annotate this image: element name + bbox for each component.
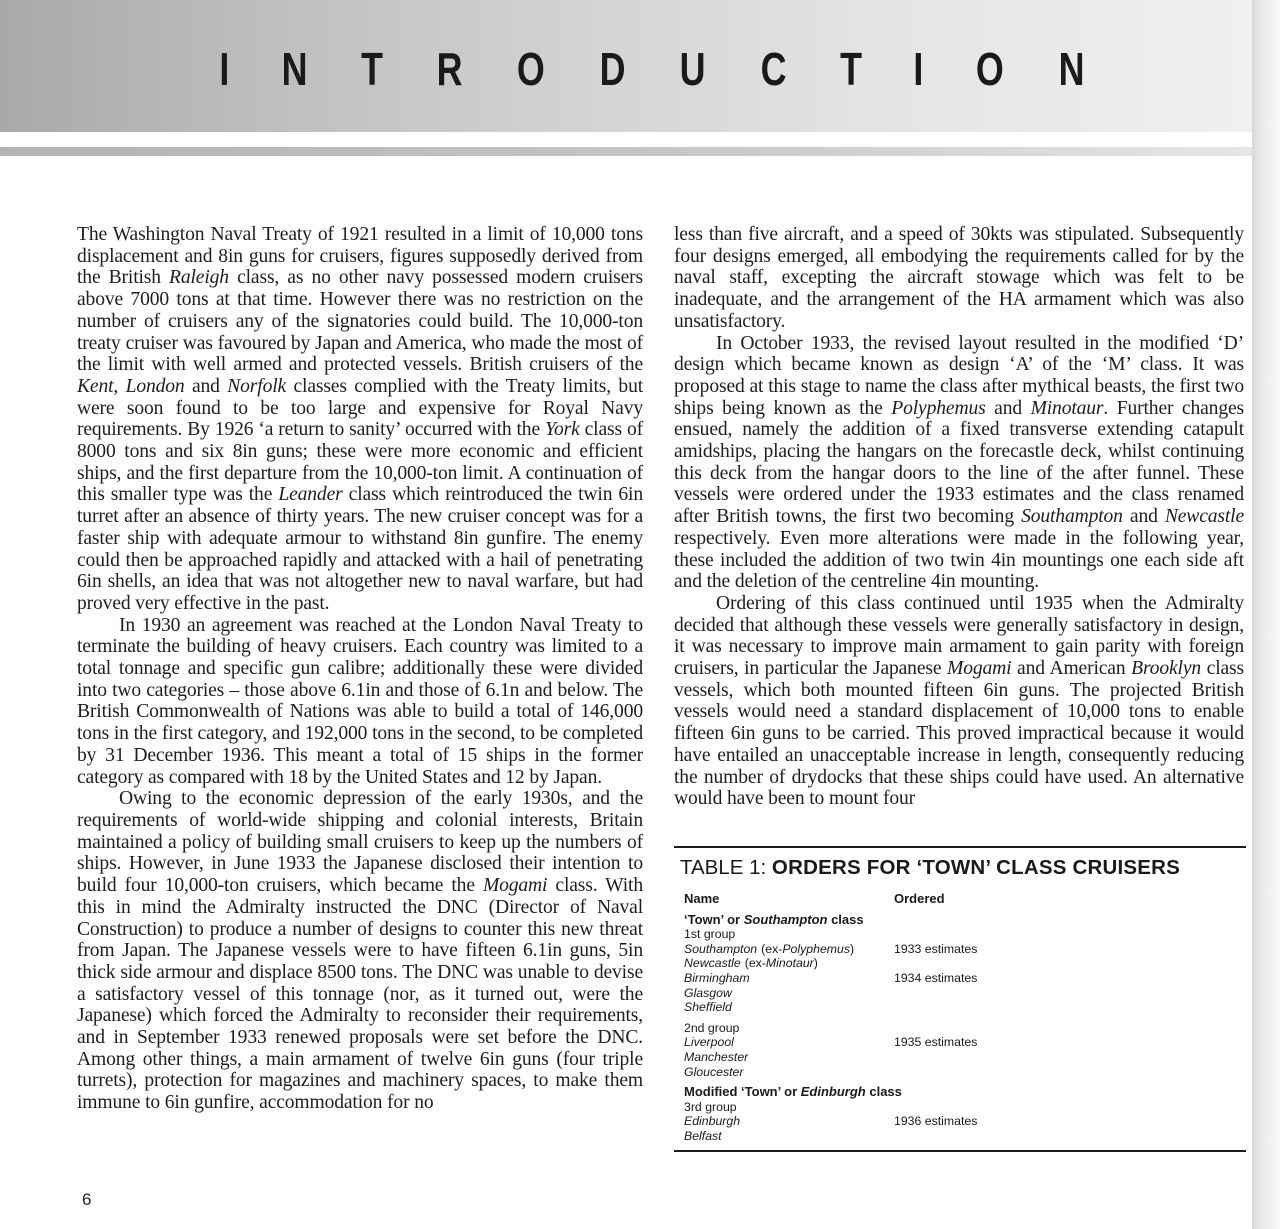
title-letter: N	[281, 46, 307, 92]
table-row: Newcastle(ex-Minotaur)	[684, 956, 1246, 971]
italic-ship-name: Raleigh	[169, 267, 229, 288]
ordered-value: 1933 estimates	[894, 942, 977, 957]
table-title-prefix: TABLE 1:	[680, 856, 772, 879]
title-letter: R	[437, 46, 463, 92]
italic-ship-name: Mogami	[947, 658, 1011, 679]
table-row: Edinburgh1936 estimates	[684, 1114, 1246, 1129]
italic-ship-name: Newcastle	[1165, 506, 1244, 527]
ship-name: Manchester	[684, 1050, 894, 1065]
italic-ship-name: Minotaur	[1031, 398, 1104, 419]
ship-name: Southampton(ex-Polyphemus)	[684, 942, 894, 957]
ordered-value: 1934 estimates	[894, 971, 977, 986]
ordered-value: 1936 estimates	[894, 1114, 977, 1129]
table-row: Southampton(ex-Polyphemus)1933 estimates	[684, 942, 1246, 957]
title-letter: N	[1058, 46, 1084, 92]
table-row: Birmingham1934 estimates	[684, 971, 1246, 986]
title-letter: I	[913, 46, 923, 92]
title-letter: T	[840, 46, 862, 92]
orders-table: TABLE 1: ORDERS FOR ‘TOWN’ CLASS CRUISER…	[674, 846, 1246, 1152]
text-run: class vessels, which both mounted fiftee…	[674, 658, 1244, 809]
title-letter: O	[517, 46, 545, 92]
table-row: Manchester	[684, 1050, 1246, 1065]
table-body: Name Ordered ‘Town’ or Southampton class…	[684, 892, 1246, 1144]
text-run: and	[185, 376, 228, 397]
italic-ship-name: Brooklyn	[1131, 658, 1201, 679]
table-header-row: Name Ordered	[684, 892, 1246, 907]
right-paragraph: less than five aircraft, and a speed of …	[674, 224, 1244, 333]
page-gutter-edge	[1252, 0, 1280, 1229]
title-letter: D	[600, 46, 626, 92]
italic-ship-name: York	[545, 419, 580, 440]
class-heading: Modified ‘Town’ or Edinburgh class	[684, 1085, 1246, 1100]
text-run: respectively. Even more alterations were…	[674, 528, 1244, 592]
former-name: (ex-Polyphemus)	[761, 942, 854, 956]
table-row: Belfast	[684, 1129, 1246, 1144]
left-paragraph: Owing to the economic depression of the …	[77, 788, 643, 1114]
italic-ship-name: Kent	[77, 376, 113, 397]
text-run: ,	[113, 376, 125, 397]
right-text-column: less than five aircraft, and a speed of …	[674, 224, 1244, 810]
title-letter: C	[760, 46, 786, 92]
table-row: Gloucester	[684, 1065, 1246, 1080]
left-paragraph: In 1930 an agreement was reached at the …	[77, 615, 643, 789]
italic-ship-name: Southampton	[1021, 506, 1123, 527]
italic-ship-name: Leander	[278, 484, 342, 505]
page-number: 6	[82, 1190, 91, 1210]
ship-name: Belfast	[684, 1129, 894, 1144]
table-row: Glasgow	[684, 986, 1246, 1001]
text-run: less than five aircraft, and a speed of …	[674, 224, 1244, 332]
title-letter: T	[361, 46, 383, 92]
title-letter: U	[680, 46, 706, 92]
title-letter: I	[219, 46, 229, 92]
table-row: Liverpool1935 estimates	[684, 1035, 1246, 1050]
class-heading: ‘Town’ or Southampton class	[684, 913, 1246, 928]
ordered-value: 1935 estimates	[894, 1035, 977, 1050]
right-paragraph: Ordering of this class continued until 1…	[674, 593, 1244, 810]
italic-ship-name: Mogami	[483, 875, 547, 896]
ship-name: Liverpool	[684, 1035, 894, 1050]
ship-name: Newcastle(ex-Minotaur)	[684, 956, 894, 971]
group-label: 2nd group	[684, 1021, 1246, 1036]
group-label: 3rd group	[684, 1100, 1246, 1115]
ship-name: Sheffield	[684, 1000, 894, 1015]
column-header-name: Name	[684, 892, 894, 907]
italic-ship-name: Norfolk	[227, 376, 286, 397]
text-run: and	[1123, 506, 1165, 527]
italic-ship-name: Polyphemus	[891, 398, 985, 419]
text-run: and	[986, 398, 1031, 419]
right-paragraph: In October 1933, the revised layout resu…	[674, 333, 1244, 593]
ship-name: Edinburgh	[684, 1114, 894, 1129]
left-text-column: The Washington Naval Treaty of 1921 resu…	[77, 224, 643, 1114]
text-run: class. With this in mind the Admiralty i…	[77, 875, 643, 1113]
title-letter: O	[976, 46, 1004, 92]
ship-name: Birmingham	[684, 971, 894, 986]
ship-name: Glasgow	[684, 986, 894, 1001]
group-label: 1st group	[684, 927, 1246, 942]
ship-name: Gloucester	[684, 1065, 894, 1080]
table-title: TABLE 1: ORDERS FOR ‘TOWN’ CLASS CRUISER…	[680, 856, 1246, 880]
chapter-title: INTRODUCTION	[218, 44, 1088, 94]
table-title-main: ORDERS FOR ‘TOWN’ CLASS CRUISERS	[772, 856, 1180, 879]
italic-ship-name: London	[126, 376, 185, 397]
column-header-ordered: Ordered	[894, 892, 945, 907]
text-run: In 1930 an agreement was reached at the …	[77, 615, 643, 788]
text-run: and American	[1011, 658, 1131, 679]
header-divider-stripe	[0, 147, 1252, 156]
former-name: (ex-Minotaur)	[745, 956, 818, 970]
left-paragraph: The Washington Naval Treaty of 1921 resu…	[77, 224, 643, 615]
table-row: Sheffield	[684, 1000, 1246, 1015]
